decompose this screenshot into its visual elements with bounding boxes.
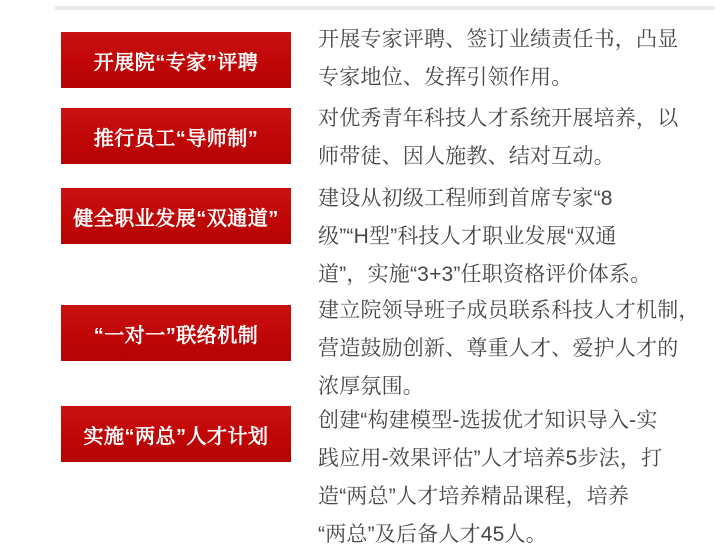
- banner-mentor-system: 推行员工“导师制”: [61, 108, 291, 164]
- banner-expert-appraisal-label: 开展院“专家”评聘: [94, 46, 259, 75]
- desc-one-to-one-liaison: 建立院领导班子成员联系科技人才机制， 营造鼓励创新、尊重人才、爱护人才的 浓厚氛…: [318, 292, 714, 406]
- banner-one-to-one-liaison-label: “一对一”联络机制: [94, 319, 259, 348]
- desc-two-chiefs-talent-plan: 创建“构建模型-选拔优才知识导入-实 践应用-效果评估”人才培养5步法，打 造“…: [318, 402, 714, 549]
- banner-dual-channel: 健全职业发展“双通道”: [61, 188, 291, 244]
- talent-program-infographic: 开展院“专家”评聘 开展专家评聘、签订业绩责任书，凸显 专家地位、发挥引领作用。…: [0, 0, 720, 549]
- banner-mentor-system-label: 推行员工“导师制”: [94, 122, 259, 151]
- desc-expert-appraisal: 开展专家评聘、签订业绩责任书，凸显 专家地位、发挥引领作用。: [318, 21, 714, 97]
- banner-two-chiefs-talent-plan: 实施“两总”人才计划: [61, 406, 291, 462]
- top-divider-line: [55, 6, 715, 10]
- desc-dual-channel: 建设从初级工程师到首席专家“8 级”“H型”科技人才职业发展“双通 道”，实施“…: [318, 180, 714, 294]
- banner-dual-channel-label: 健全职业发展“双通道”: [73, 202, 279, 231]
- desc-mentor-system: 对优秀青年科技人才系统开展培养，以 师带徒、因人施教、结对互动。: [318, 100, 714, 176]
- banner-one-to-one-liaison: “一对一”联络机制: [61, 305, 291, 361]
- banner-expert-appraisal: 开展院“专家”评聘: [61, 32, 291, 88]
- banner-two-chiefs-talent-plan-label: 实施“两总”人才计划: [84, 420, 269, 449]
